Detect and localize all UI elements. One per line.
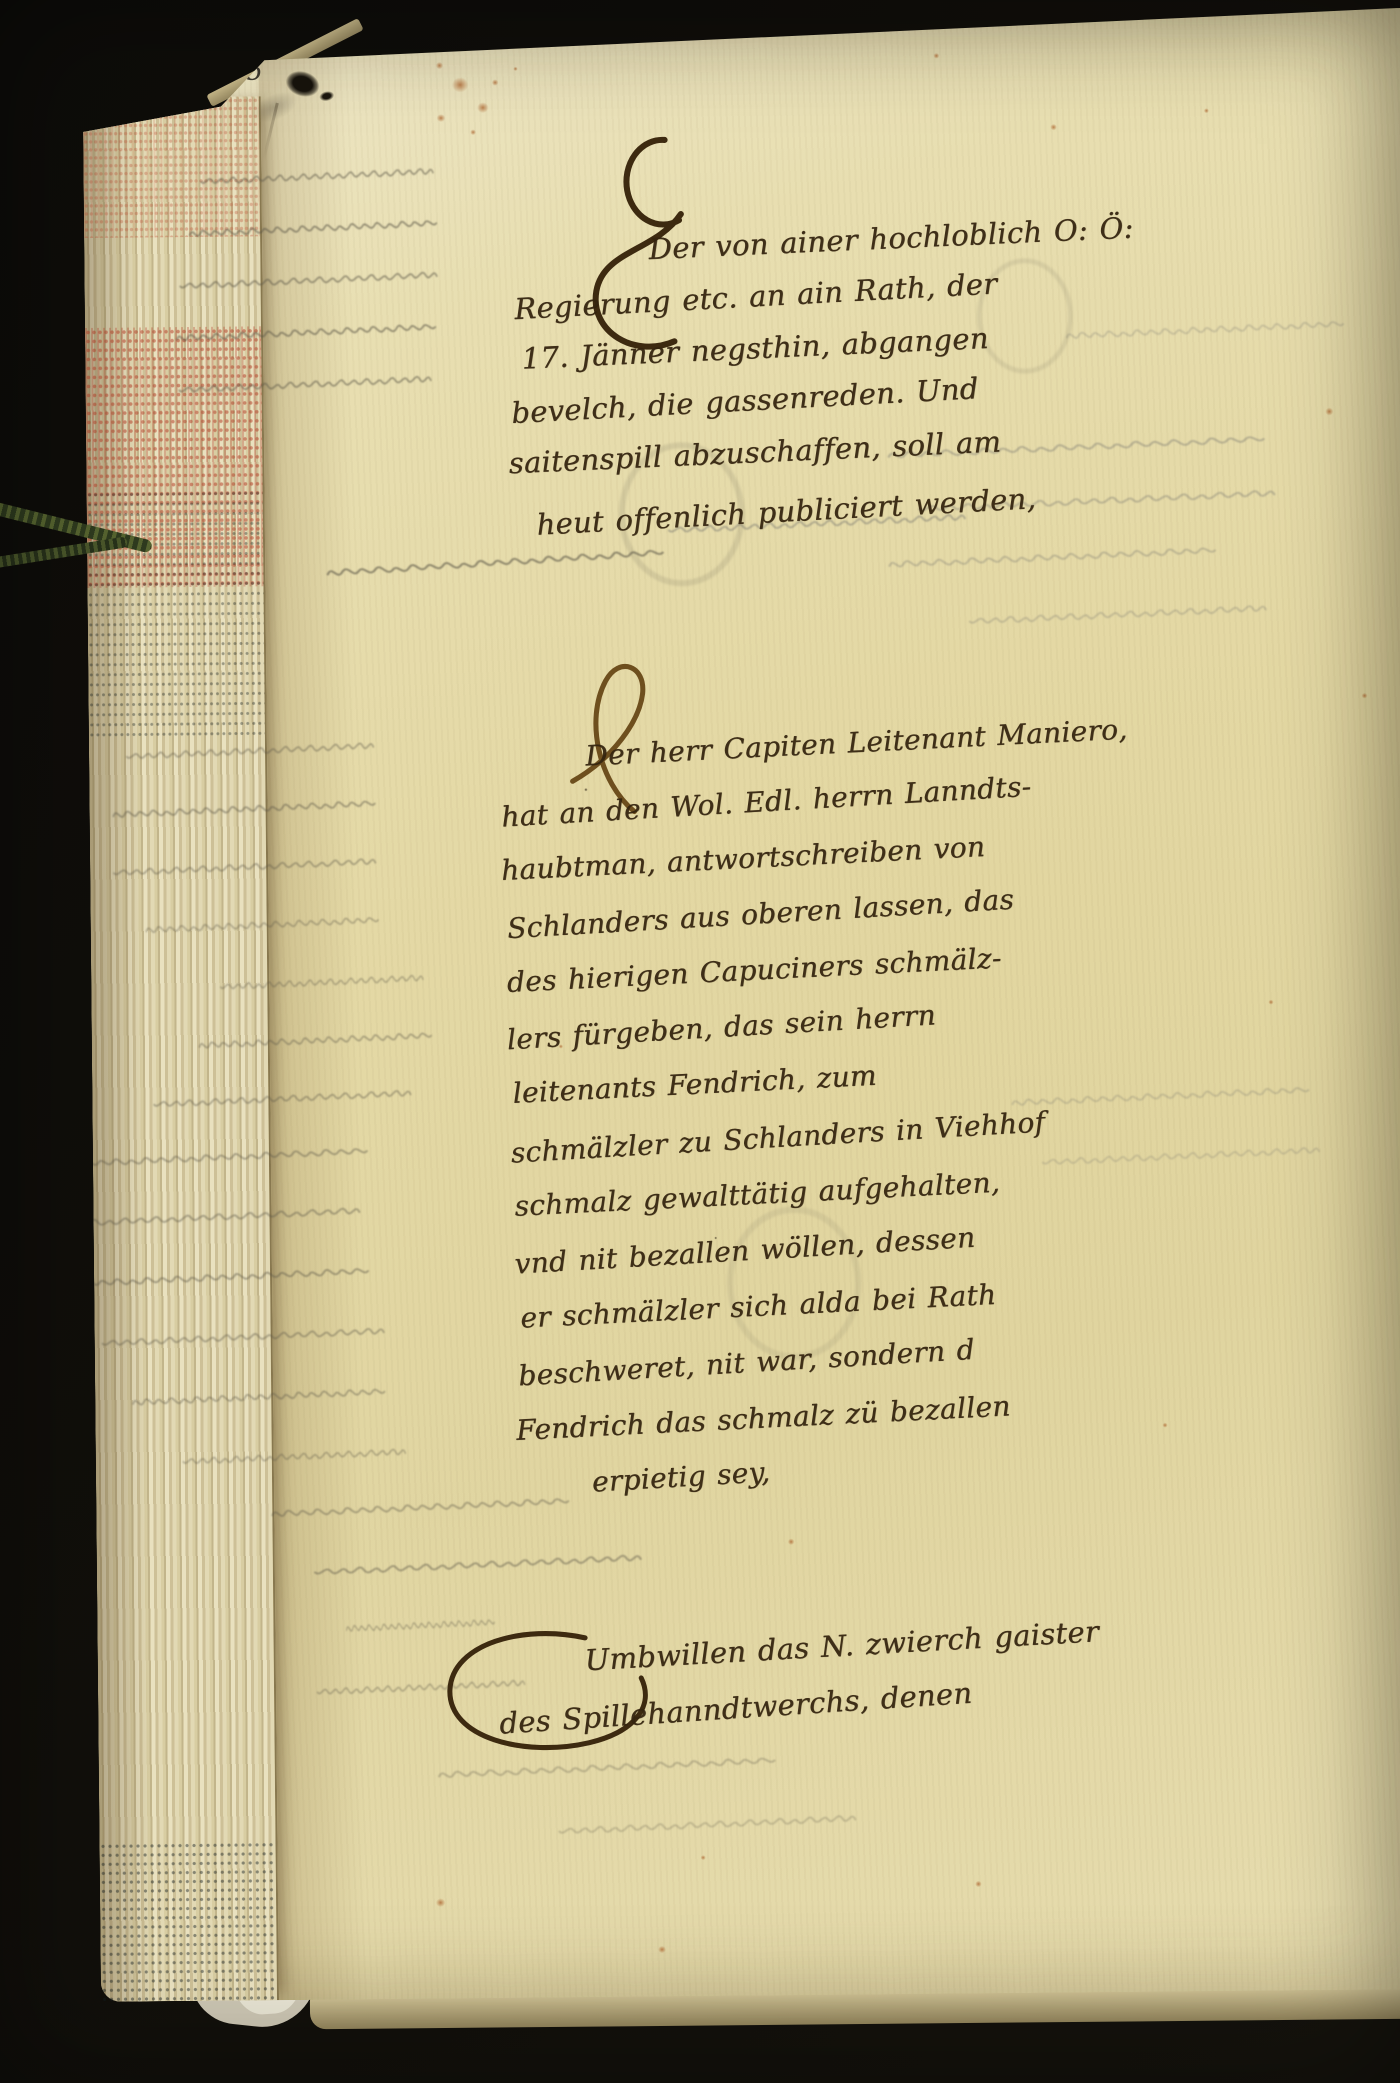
paragraph-guild-note: Umbwillen das N. zwierch gaister des Spi… [433, 1595, 999, 1788]
foxing-spot [434, 61, 444, 71]
foxing-spot [491, 78, 500, 87]
manuscript-page: 15 [82, 7, 1400, 2002]
manuscript-line: bevelch, die gassenreden. Und [510, 371, 979, 430]
foxing-spot [475, 100, 491, 115]
red-speckle-band [83, 96, 260, 238]
manuscript-line: Fendrich das schmalz zü bezallen [515, 1389, 1011, 1447]
bleedthrough-writing [1041, 1139, 1322, 1173]
dark-speckle-band [87, 488, 265, 740]
bleedthrough-writing [557, 1807, 858, 1842]
manuscript-photo: 15 [0, 0, 1400, 2083]
paragraph-publication-decree: Der von ainer hochloblich O: Ö: Regierun… [497, 107, 989, 561]
bleedthrough-writing [1065, 313, 1346, 347]
foxing-spot [974, 1879, 983, 1888]
manuscript-line: er schmälzler sich alda bei Rath [520, 1278, 998, 1335]
foxing-spot [657, 1944, 668, 1954]
manuscript-line: beschweret, nit war, sondern d [517, 1333, 975, 1393]
manuscript-line: schmälzler zu Schlanders in Viehhof [510, 1105, 1046, 1169]
foxing-spot [1361, 692, 1369, 700]
foxing-spot [435, 113, 447, 124]
bleedthrough-writing [1010, 1079, 1311, 1114]
manuscript-line: vnd nit bezallen wöllen, dessen [514, 1221, 977, 1281]
gutter-shadow [258, 17, 367, 2000]
foxing-spot [700, 1854, 707, 1861]
foxing-spot [1324, 406, 1335, 417]
paragraph-schmalz-dispute: Der herr Capiten Leitenant Maniero, hat … [466, 644, 1054, 1503]
foxing-spot [469, 128, 477, 136]
foxing-spot [1162, 1422, 1169, 1429]
foxing-spot [1049, 123, 1058, 132]
manuscript-line: heut offenlich publiciert werden, [536, 481, 1037, 542]
initial-flourish-circle [433, 1616, 671, 1767]
manuscript-line: erpietig sey, [591, 1455, 771, 1498]
foxing-spot [512, 66, 518, 72]
foxing-spot [932, 52, 940, 60]
manuscript-line: Schlanders aus oberen lassen, das [506, 883, 1015, 946]
dark-speckle-band [99, 1840, 277, 2002]
foxing-spot [787, 1537, 796, 1546]
foxing-spot [449, 74, 472, 95]
manuscript-line: leitenants Fendrich, zum [512, 1059, 878, 1110]
manuscript-line: schmalz gewalttätig aufgehalten, [514, 1166, 1001, 1223]
foxing-spot [1203, 107, 1210, 114]
foxing-spot [1267, 999, 1274, 1006]
manuscript-line: haubtman, antwortschreiben von [500, 830, 986, 887]
manuscript-line: saitenspill abzuschaffen, soll am [508, 424, 1002, 480]
bleedthrough-writing [967, 597, 1268, 632]
manuscript-line: lers fürgeben, das sein herrn [506, 998, 937, 1056]
manuscript-line: des hierigen Capuciners schmälz- [506, 941, 1002, 999]
foxing-spot [434, 1897, 447, 1909]
